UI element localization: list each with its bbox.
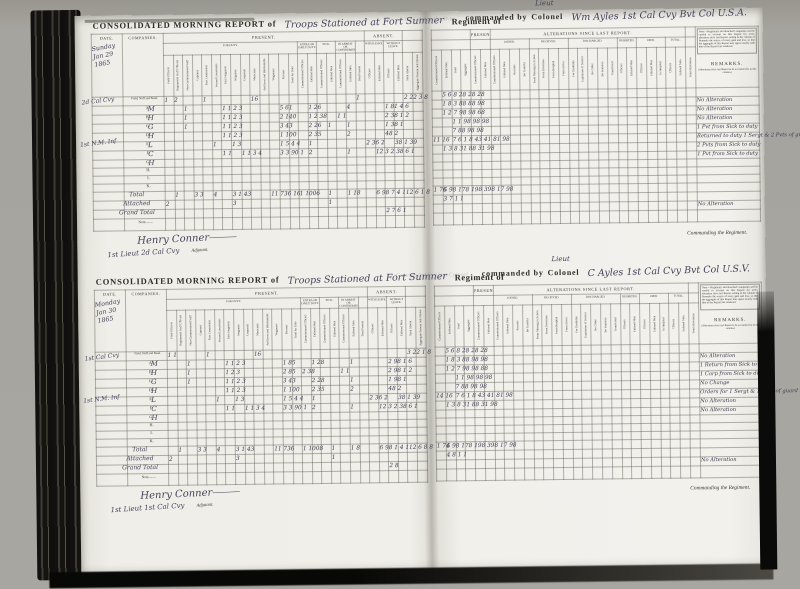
value-cell xyxy=(550,126,560,135)
value-cell xyxy=(514,433,524,441)
value-cell xyxy=(667,159,677,167)
column-label: Officers xyxy=(669,49,672,87)
value-cell xyxy=(446,468,456,480)
value-cell: 2 xyxy=(308,148,318,157)
handwritten-company-letter: G xyxy=(151,378,157,386)
value-cell xyxy=(598,107,608,116)
column-header: Aggregate xyxy=(461,50,471,91)
value-cell xyxy=(327,94,337,103)
value-cell xyxy=(301,350,311,359)
column-subgroup-header: IN ARREST OR CONFINEMENT. xyxy=(339,297,358,309)
value-cell xyxy=(337,173,347,181)
value-cell xyxy=(677,142,687,151)
value-cell xyxy=(618,107,628,116)
value-cell xyxy=(599,202,609,211)
value-cell xyxy=(206,430,216,438)
value-cell xyxy=(168,430,178,438)
value-cell xyxy=(446,433,456,441)
value-cell: 1 76 xyxy=(433,186,443,195)
value-cell xyxy=(433,154,443,162)
value-cell: 3 1 43 xyxy=(232,190,242,199)
value-cell xyxy=(544,440,554,449)
value-cell xyxy=(452,170,462,178)
value-cell xyxy=(273,368,283,377)
value-cell xyxy=(549,90,559,99)
value-cell xyxy=(174,167,184,175)
companies-label: COMPANIES. xyxy=(123,34,163,40)
value-cell xyxy=(550,161,560,169)
column-subgroup-header: TOTAL. xyxy=(666,37,686,47)
value-cell xyxy=(185,218,195,230)
value-cell xyxy=(524,424,534,432)
value-cell xyxy=(476,468,486,480)
value-cell xyxy=(631,362,641,371)
value-cell xyxy=(244,350,254,359)
value-cell xyxy=(216,430,226,438)
value-cell xyxy=(657,142,667,151)
column-header: Commissioned Officers xyxy=(320,308,330,349)
column-subgroup-header xyxy=(431,40,470,50)
value-cell xyxy=(550,153,560,161)
value-cell xyxy=(640,371,650,380)
subgroup-label xyxy=(686,37,695,38)
value-cell xyxy=(168,414,178,422)
value-cell xyxy=(398,471,408,483)
value-cell xyxy=(213,208,223,217)
value-cell xyxy=(638,210,648,222)
value-cell xyxy=(491,90,501,99)
value-cell xyxy=(379,412,389,420)
value-cell xyxy=(215,360,225,369)
value-cell xyxy=(562,381,572,390)
value-cell xyxy=(270,140,280,149)
colonel-label: Colonel xyxy=(548,267,580,276)
report-title: CONSOLIDATED MORNING REPORT of xyxy=(93,18,277,30)
column-header: Total for Duty xyxy=(291,309,301,350)
value-cell xyxy=(677,133,687,142)
value-cell xyxy=(347,139,357,148)
column-header: From Hospital xyxy=(552,304,562,345)
subgroup-label: DESERTED. xyxy=(617,38,636,42)
value-cell: 4 8 1 1 xyxy=(446,450,456,459)
value-cell xyxy=(321,428,331,436)
value-cell xyxy=(570,160,580,168)
column-label: Commissioned Officers xyxy=(477,307,480,345)
column-label: Commissioned Officers xyxy=(339,54,342,92)
value-cell xyxy=(563,390,573,399)
value-cell xyxy=(407,375,417,384)
value-cell xyxy=(168,405,178,414)
column-label: Commissioned Officers xyxy=(497,306,500,344)
value-cell xyxy=(177,369,187,378)
column-header: Artificers and Blacksmiths xyxy=(259,54,269,95)
value-cell xyxy=(442,154,452,162)
value-cell xyxy=(593,449,603,458)
value-cell xyxy=(472,161,482,169)
value-cell xyxy=(254,429,264,437)
value-cell: 1 38 1 xyxy=(385,120,395,129)
value-cell xyxy=(174,150,184,159)
value-cell xyxy=(531,177,541,185)
value-cell xyxy=(436,434,446,442)
value-cell xyxy=(602,448,612,457)
value-cell xyxy=(337,121,347,130)
value-cell xyxy=(667,167,677,175)
value-cell xyxy=(475,409,485,417)
value-cell xyxy=(360,436,370,444)
column-header: Enlisted Men xyxy=(480,49,490,90)
column-subgroup-header: WITH LEAVE. xyxy=(364,41,383,53)
value-cell: 16 xyxy=(253,350,263,359)
column-header: Field Officers xyxy=(167,310,177,351)
subgroup-label: EXTRA OR DAILY DUTY. xyxy=(298,42,316,50)
value-cell: 38 1 39 xyxy=(398,394,408,403)
value-cell: 1 1 2 3 xyxy=(225,387,235,396)
value-cell: 4 xyxy=(213,190,223,199)
value-cell: 11 736 16 xyxy=(271,190,281,199)
value-cell xyxy=(638,183,648,192)
value-cell xyxy=(280,216,290,228)
value-cell xyxy=(187,422,197,430)
value-cell xyxy=(579,168,589,176)
column-label: Commissioned Officers xyxy=(304,310,307,348)
value-cell xyxy=(511,177,521,185)
value-cell xyxy=(550,135,560,144)
report-title: CONSOLIDATED MORNING REPORT of xyxy=(96,274,280,286)
value-cell xyxy=(279,94,289,103)
value-cell xyxy=(177,405,187,414)
value-cell xyxy=(436,451,446,460)
value-cell xyxy=(456,468,466,480)
value-cell xyxy=(184,159,194,167)
value-cell xyxy=(569,107,579,116)
value-cell xyxy=(627,107,637,116)
value-cell xyxy=(648,210,658,222)
value-cell xyxy=(395,197,405,206)
value-cell xyxy=(589,134,599,143)
value-cell xyxy=(619,176,629,184)
value-cell xyxy=(611,371,621,380)
value-cell xyxy=(621,407,631,415)
value-cell xyxy=(599,184,609,193)
value-cell xyxy=(588,98,598,107)
value-cell xyxy=(554,467,564,479)
value-cell xyxy=(671,448,681,457)
value-cell xyxy=(492,212,502,224)
value-cell xyxy=(550,194,560,203)
handwritten-company-letter: H xyxy=(148,114,154,122)
column-group-header: ABSENT. xyxy=(364,30,402,40)
column-label: By Order xyxy=(594,305,597,343)
value-cell xyxy=(366,197,376,206)
value-cell xyxy=(414,180,424,188)
column-label: Officers xyxy=(640,49,643,87)
column-subgroup-header: DESERTED. xyxy=(620,293,640,303)
rank-text: 1st Lieut 2d Cal Cvy xyxy=(107,246,179,259)
value-cell xyxy=(589,176,599,184)
value-cell xyxy=(680,389,690,398)
value-cell xyxy=(592,416,602,424)
value-cell xyxy=(573,449,583,458)
value-cell xyxy=(203,158,213,166)
subgroup-label: IN ARREST OR CONFINEMENT. xyxy=(339,297,357,308)
value-cell xyxy=(312,454,322,463)
value-cell xyxy=(514,400,524,409)
value-cell xyxy=(491,108,501,117)
value-cell xyxy=(235,414,245,422)
date-cell xyxy=(92,123,123,132)
column-subgroup-header: TOTAL. xyxy=(669,293,689,303)
value-cell xyxy=(261,174,271,182)
value-cell xyxy=(599,160,609,168)
value-cell xyxy=(540,177,550,185)
column-header: Officers xyxy=(368,308,378,349)
value-cell xyxy=(505,468,515,480)
value-cell: 1 1 xyxy=(340,367,350,376)
value-cell xyxy=(598,116,608,125)
value-cell xyxy=(207,473,217,485)
value-cell: 1 xyxy=(328,189,338,198)
value-cell: 4 xyxy=(346,103,356,112)
value-cell xyxy=(302,437,312,445)
value-cell xyxy=(264,437,274,445)
column-header: Musicians xyxy=(250,54,260,95)
value-cell xyxy=(622,448,632,457)
column-header: Enlisted Men xyxy=(326,53,336,94)
value-cell xyxy=(432,91,442,100)
column-label: Non-Commissioned Staff xyxy=(189,312,192,350)
value-cell xyxy=(510,99,520,108)
value-cell xyxy=(514,450,524,459)
column-label: Wagoners xyxy=(275,311,278,349)
value-cell xyxy=(520,99,530,108)
column-header: Enlisted Men xyxy=(377,308,387,349)
value-cell xyxy=(174,132,184,141)
value-cell: 5 6 8 28 28 28 xyxy=(442,91,452,100)
value-cell xyxy=(215,351,225,360)
value-cell xyxy=(638,192,648,201)
colonel-label: Colonel xyxy=(531,12,563,21)
value-cell xyxy=(232,166,242,174)
value-cell xyxy=(511,144,521,153)
value-cell xyxy=(589,152,599,160)
value-cell xyxy=(657,133,667,142)
value-cell: 1 3 8 31 88 31 98 xyxy=(442,145,452,154)
value-cell xyxy=(194,208,204,217)
value-cell xyxy=(628,176,638,184)
value-cell xyxy=(562,372,572,381)
value-cell xyxy=(271,208,281,217)
value-cell xyxy=(589,168,599,176)
value-cell: 1 5 4 4 xyxy=(279,139,289,148)
left-table-header: DATE. COMPANIES. PRESENT.ABSENT. FOR DUT… xyxy=(91,30,423,97)
column-label: Enlisted Men xyxy=(679,49,682,87)
column-header: Regimental Staff Officers xyxy=(176,310,186,351)
value-cell xyxy=(680,398,690,407)
value-cell xyxy=(495,433,505,441)
value-cell xyxy=(647,115,657,124)
value-cell xyxy=(504,425,514,433)
value-cell xyxy=(188,455,198,464)
value-cell: 1 8 xyxy=(350,444,360,453)
column-header: In Hospital xyxy=(659,303,669,344)
column-header: Enlisted Men xyxy=(393,52,403,93)
value-cell xyxy=(485,459,495,468)
column-header: Privates xyxy=(278,53,288,94)
value-cell xyxy=(252,208,262,217)
value-cell xyxy=(609,160,619,168)
commanded-by-label: commanded by xyxy=(465,12,527,22)
value-cell xyxy=(618,160,628,168)
value-cell: 1 1006 xyxy=(299,189,309,198)
value-cell xyxy=(569,134,579,143)
column-header: Enlisted Men xyxy=(630,303,640,344)
value-cell xyxy=(598,98,608,107)
value-cell xyxy=(579,125,589,134)
column-header: Commissioned Officers xyxy=(431,50,441,91)
value-cell xyxy=(541,185,551,194)
date-label: DATE. xyxy=(95,290,125,296)
handwritten-date: Monday Jan 30 1865 xyxy=(94,297,128,325)
value-cell xyxy=(579,98,589,107)
value-cell xyxy=(631,371,641,380)
column-header: Enlisted Men xyxy=(441,50,451,91)
value-cell xyxy=(215,378,225,387)
value-cell xyxy=(689,361,699,370)
value-cell: 1 98 1 xyxy=(388,376,398,385)
value-cell xyxy=(280,198,290,207)
value-cell xyxy=(677,192,687,201)
value-cell xyxy=(417,419,427,427)
value-cell xyxy=(213,149,223,158)
value-cell xyxy=(270,174,280,182)
value-cell xyxy=(647,133,657,142)
value-cell xyxy=(309,207,319,216)
value-cell xyxy=(465,425,475,433)
value-cell xyxy=(261,208,271,217)
value-cell xyxy=(690,422,700,430)
value-cell xyxy=(236,473,246,485)
remarks-title: REMARKS. xyxy=(699,317,761,323)
value-cell xyxy=(303,472,313,484)
column-header: For Disability xyxy=(571,304,581,345)
value-cell xyxy=(612,415,622,423)
value-cell xyxy=(651,457,661,466)
column-label: Enlisted Men xyxy=(310,55,313,93)
column-header: Commissioned Officers xyxy=(336,53,346,94)
value-cell xyxy=(588,107,598,116)
value-cell xyxy=(638,133,648,142)
value-cell: 1 xyxy=(350,403,360,412)
value-cell xyxy=(570,168,580,176)
value-cell xyxy=(347,216,357,228)
handwritten-company-letter: L xyxy=(148,141,153,149)
column-subgroup-header: DIED. xyxy=(639,293,668,303)
column-subgroup-header: DESERTED. xyxy=(617,38,637,48)
value-cell xyxy=(657,151,667,159)
value-cell xyxy=(520,90,530,99)
right-page-table-wrap: PRESENT & ABSENT.ALTERATIONS SINCE LAST … xyxy=(434,281,764,481)
value-cell xyxy=(245,413,255,421)
value-cell xyxy=(608,116,618,125)
value-cell xyxy=(318,148,328,157)
column-label: Recruits xyxy=(513,51,516,89)
value-cell xyxy=(563,424,573,432)
value-cell xyxy=(491,126,501,135)
value-cell xyxy=(340,349,350,358)
value-cell xyxy=(206,369,216,378)
value-cell xyxy=(550,169,560,177)
value-cell: 2 xyxy=(350,385,360,394)
column-subgroup-header xyxy=(434,295,473,305)
value-cell xyxy=(628,160,638,168)
value-cell xyxy=(350,394,360,403)
value-cell xyxy=(244,368,254,377)
subgroup-label: WITHOUT LEAVE. xyxy=(384,41,402,49)
value-cell xyxy=(245,437,255,445)
value-cell xyxy=(184,191,194,200)
value-cell xyxy=(602,457,612,466)
column-label: For Disability xyxy=(572,50,575,88)
value-cell xyxy=(580,202,590,211)
value-cell xyxy=(165,209,175,218)
subgroup-label xyxy=(355,41,364,42)
value-cell xyxy=(260,95,270,104)
date-cell xyxy=(95,370,126,379)
value-cell xyxy=(184,141,194,150)
value-cell xyxy=(446,459,456,468)
value-cell xyxy=(500,99,510,108)
value-cell xyxy=(628,152,638,160)
value-cell xyxy=(641,423,651,431)
handwritten-signature-rank: 1st Lieut 1st Cal CvyAdjutant. xyxy=(110,500,213,515)
column-header: Commissioned Officers xyxy=(470,50,480,91)
value-cell xyxy=(573,440,583,449)
value-cell xyxy=(462,170,472,178)
value-cell xyxy=(670,407,680,415)
value-cell xyxy=(544,458,554,467)
value-cell xyxy=(608,107,618,116)
value-cell xyxy=(524,399,534,408)
value-cell xyxy=(511,194,521,203)
column-header: Expiration of Service xyxy=(578,48,588,89)
value-cell xyxy=(369,436,379,444)
value-cell xyxy=(680,371,690,380)
column-subgroup-header xyxy=(406,296,426,308)
value-cell: 2 xyxy=(174,96,184,105)
value-cell xyxy=(553,381,563,390)
value-cell xyxy=(327,130,337,139)
bleed-through-text: 1st Cal Cavalry Bvt xyxy=(404,16,452,23)
value-cell xyxy=(327,112,337,121)
value-cell: 1 xyxy=(311,395,321,404)
value-cell xyxy=(341,436,351,444)
value-cell xyxy=(550,203,560,212)
value-cell xyxy=(222,166,232,174)
column-subgroup-header: DISCHARGED. xyxy=(568,38,617,49)
value-cell xyxy=(251,131,261,140)
value-cell xyxy=(520,135,530,144)
value-cell xyxy=(264,463,274,472)
value-cell xyxy=(544,432,554,440)
handwritten-company-letter: L xyxy=(151,396,156,404)
subgroup-label: TOTAL. xyxy=(669,293,688,297)
value-cell xyxy=(197,438,207,446)
value-cell xyxy=(274,463,284,472)
value-cell xyxy=(679,353,689,362)
value-cell xyxy=(216,438,226,446)
value-cell xyxy=(598,134,608,143)
